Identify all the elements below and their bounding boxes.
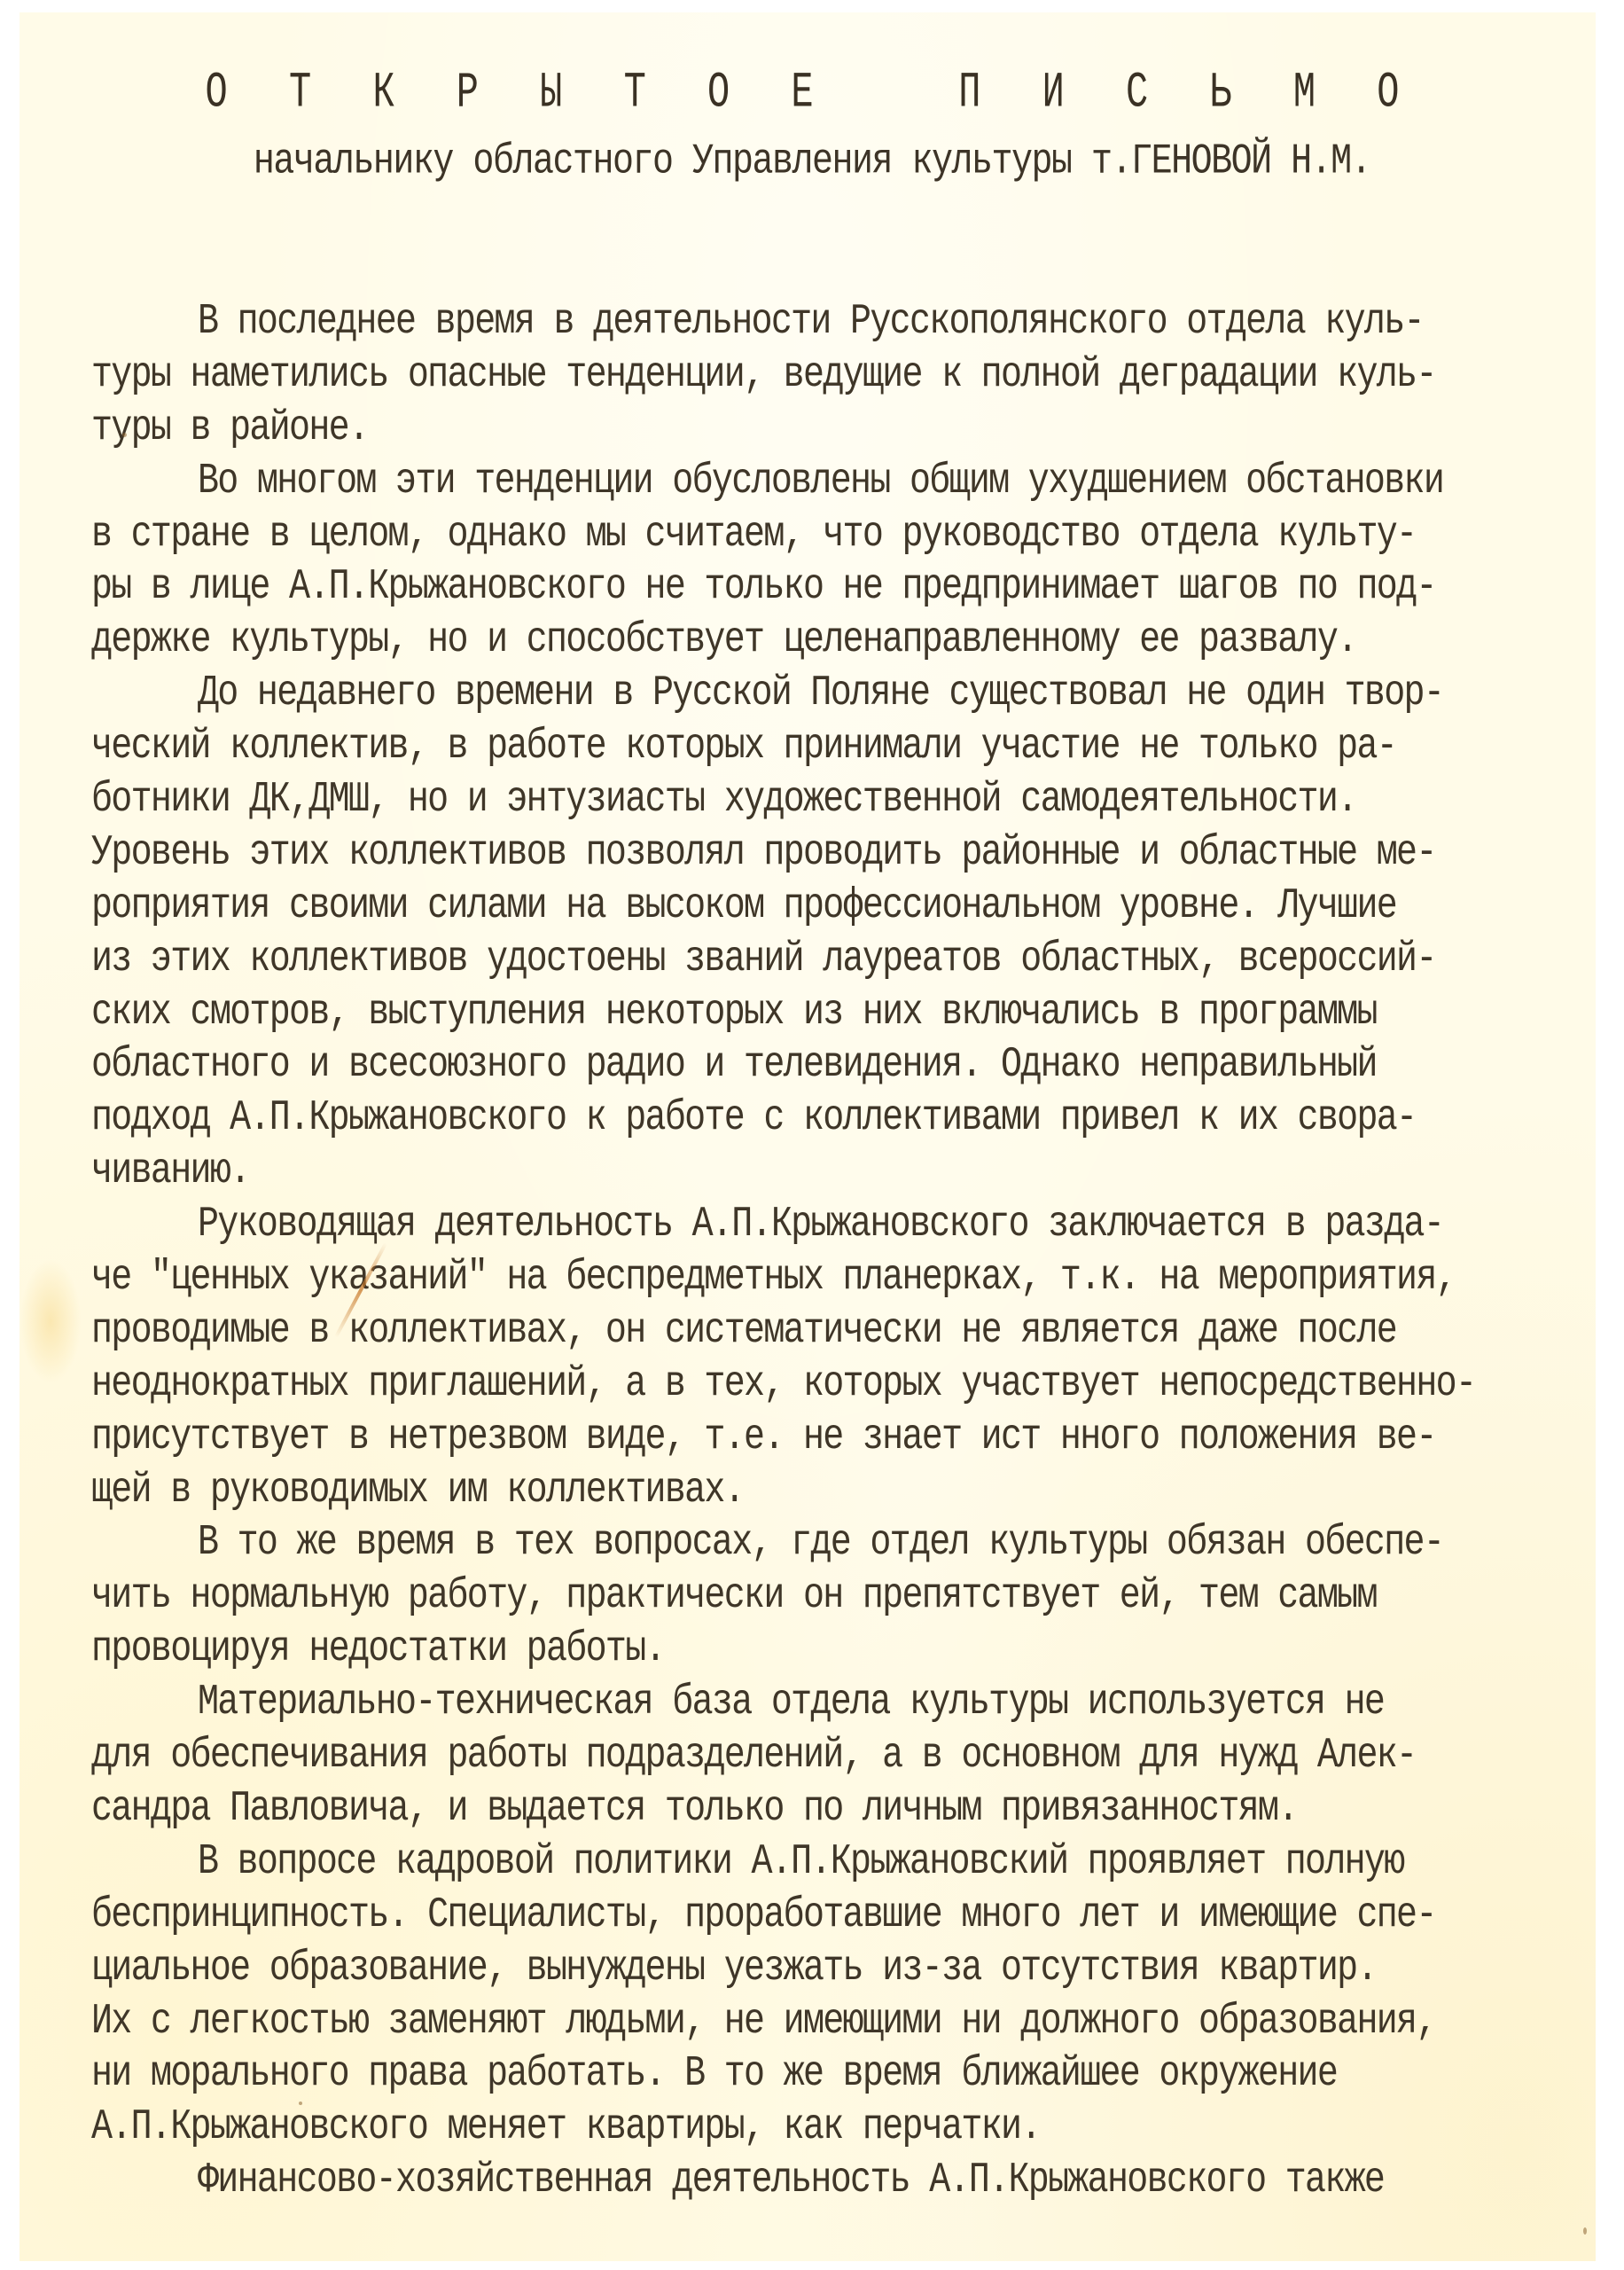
document-addressee: начальнику областного Управления культур… — [0, 138, 1624, 186]
document-title: О Т К Р Ы Т О Е П И С Ь М О — [0, 64, 1624, 121]
paragraph-first-line: Финансово-хозяйственная деятельность А.П… — [91, 2149, 1589, 2213]
ink-speck — [1583, 2227, 1587, 2235]
ink-speck — [299, 2102, 302, 2105]
ink-speck — [122, 433, 127, 437]
letter-body: В последнее время в деятельности Русскоп… — [91, 296, 1589, 2208]
paper-stain — [20, 1259, 82, 1383]
